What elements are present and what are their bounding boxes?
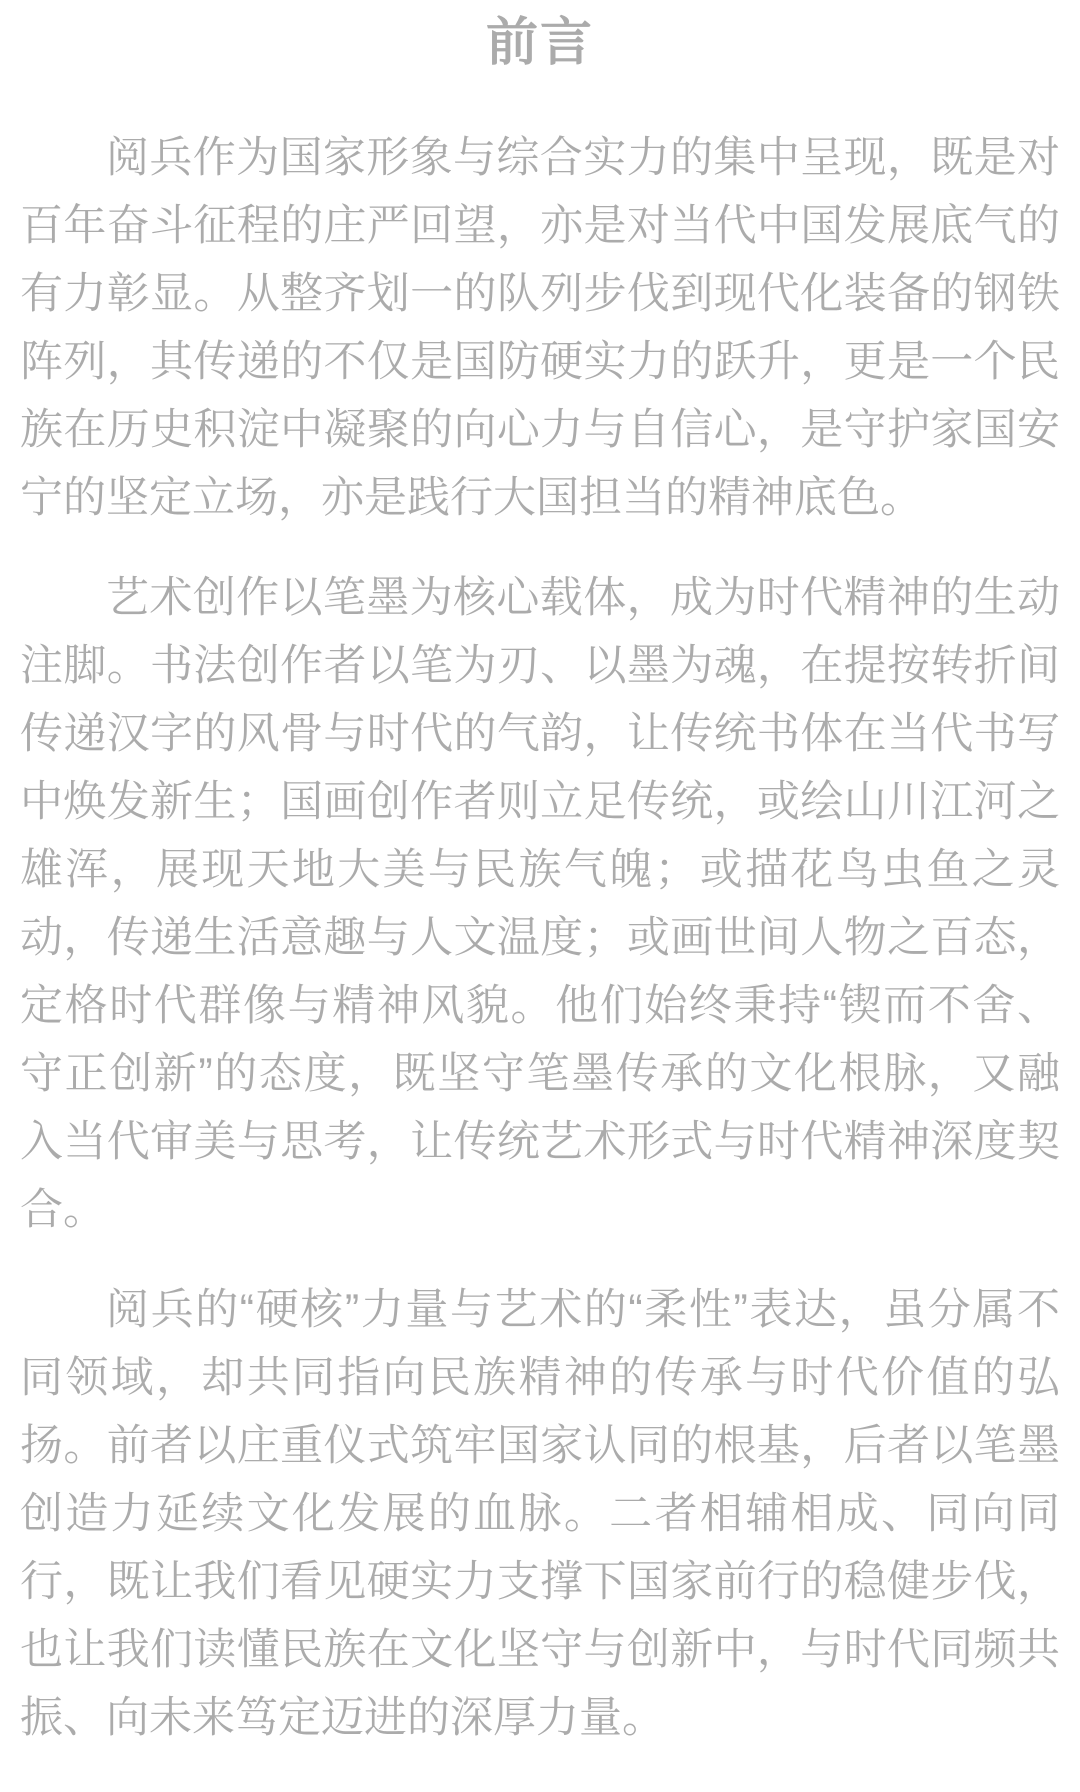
paragraph-art-creation: 艺术创作以笔墨为核心载体，成为时代精神的生动注脚。书法创作者以笔为刃、以墨为魂，…	[20, 564, 1060, 1244]
paragraph-synthesis: 阅兵的“硬核”力量与艺术的“柔性”表达，虽分属不同领域，却共同指向民族精神的传承…	[20, 1276, 1060, 1752]
document-page: 前言 阅兵作为国家形象与综合实力的集中呈现，既是对百年奋斗征程的庄严回望，亦是对…	[0, 0, 1080, 1792]
page-title: 前言	[20, 12, 1060, 74]
paragraph-parade: 阅兵作为国家形象与综合实力的集中呈现，既是对百年奋斗征程的庄严回望，亦是对当代中…	[20, 124, 1060, 532]
